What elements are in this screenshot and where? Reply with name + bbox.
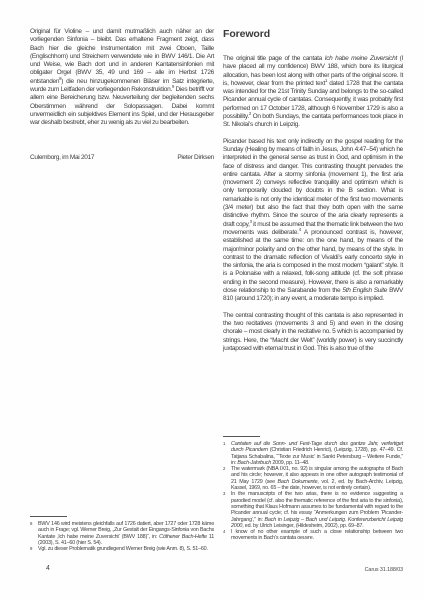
footnote-number: 4 [223,529,231,542]
footnote-text: BWV 146 wird meistens gleichfalls auf 17… [38,521,214,546]
footnote-text: Cantaten auf die Sonn- und Fest-Tage dur… [231,441,403,466]
signature-name: Pieter Dirksen [177,154,214,161]
left-paragraph: Original für Violine – und damit mutmaßl… [30,28,214,128]
foreword-paragraph-1: The original title page of the cantata I… [223,55,403,130]
left-column: Original für Violine – und damit mutmaßl… [30,28,214,136]
page-number: 4 [46,565,50,572]
footnote-number: 8 [30,521,38,546]
footnote-number: 1 [223,441,231,466]
signature-place: Culemborg, im Mai 2017 [30,154,94,161]
foreword-paragraph-3: The central contrasting thought of this … [223,312,403,353]
signature-line: Culemborg, im Mai 2017 Pieter Dirksen [30,154,214,161]
footnote: 1 Cantaten auf die Sonn- und Fest-Tage d… [223,441,403,466]
footnote: 9 Vgl. zu dieser Problematik grundlegend… [30,546,214,552]
footnote: 3 In the manuscripts of the two arias, t… [223,491,403,529]
footnote: 4 I know of no other example of such a c… [223,529,403,542]
foreword-paragraph-2: Picander based his text only indirectly … [223,138,403,304]
document-page: Original für Violine – und damit mutmaßl… [0,0,423,600]
footnote-text: The watermark (NBA IX/1, no. 92) is sing… [231,466,403,491]
footnote-text: Vgl. zu dieser Problematik grundlegend W… [38,546,214,552]
footnote: 8 BWV 146 wird meistens gleichfalls auf … [30,521,214,546]
footnote: 2 The watermark (NBA IX/1, no. 92) is si… [223,466,403,491]
footnote-separator [223,436,260,437]
footnote-text: In the manuscripts of the two arias, the… [231,491,403,529]
footnote-text: I know of no other example of such a clo… [231,529,403,542]
footnote-number: 2 [223,466,231,491]
footnote-number: 3 [223,491,231,529]
right-column: Foreword The original title page of the … [223,28,403,361]
right-footnotes: 1 Cantaten auf die Sonn- und Fest-Tage d… [223,436,403,542]
publisher-mark: Carus 31.188/03 [365,567,403,573]
page-title: Foreword [223,28,403,40]
left-footnotes: 8 BWV 146 wird meistens gleichfalls auf … [30,516,214,552]
footnote-number: 9 [30,546,38,552]
footnote-separator [30,516,67,517]
